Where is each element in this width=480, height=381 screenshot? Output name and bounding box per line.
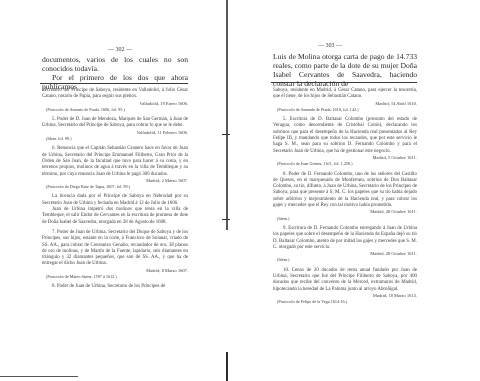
page-number: — 303 — [310, 43, 350, 49]
footnote-rule [271, 82, 417, 83]
note-text: 8. Poder de D. Fernando Colombo, uno de … [273, 172, 417, 210]
note-text: Juan de Urbina impetró dos molinos que t… [42, 207, 188, 226]
footnotes: Saboya, residente en Madrid, á César Cat… [273, 88, 417, 306]
page-edge-line [0, 376, 78, 377]
note-text: 9. Escritura de D. Fernando Colombo entr… [273, 226, 417, 251]
note-text: Secretario del Príncipe de Saboya, resid… [42, 88, 188, 101]
note-text: 8. Poder de Juan de Urbina, Secretario d… [42, 284, 188, 290]
note-text: La licencia dada por el Príncipe de Sabo… [42, 194, 188, 207]
body-text: documentos, varios de los cuales no son … [42, 55, 188, 91]
right-page: — 303 — Luis de Molina otorga carta de p… [228, 0, 480, 381]
note-text: Saboya, residente en Madrid, á César Cat… [273, 88, 417, 101]
page-number: — 302 — [100, 47, 140, 53]
note-text: 10. Censo de 20 ducados de renta anual f… [273, 268, 417, 293]
note-text: 5. Escritura de D. Baltasar Colombo (pre… [273, 117, 417, 155]
note-text: 5. Poder de D. Juan de Mendoza, Marqués … [42, 117, 188, 130]
body-paragraph: documentos, varios de los cuales no son … [42, 55, 188, 73]
left-page: — 302 — documentos, varios de los cuales… [0, 0, 226, 381]
note-source: (Protocolo de Felipe de la Vega 1614-16.… [273, 299, 417, 305]
note-text: 6. Renuncia que el Capitán Sebastián Gra… [42, 146, 188, 177]
note-text: 7. Poder de Juan de Urbina, Secretario d… [42, 230, 188, 268]
footnote-rule [40, 83, 188, 84]
footnotes: Secretario del Príncipe de Saboya, resid… [42, 88, 188, 291]
